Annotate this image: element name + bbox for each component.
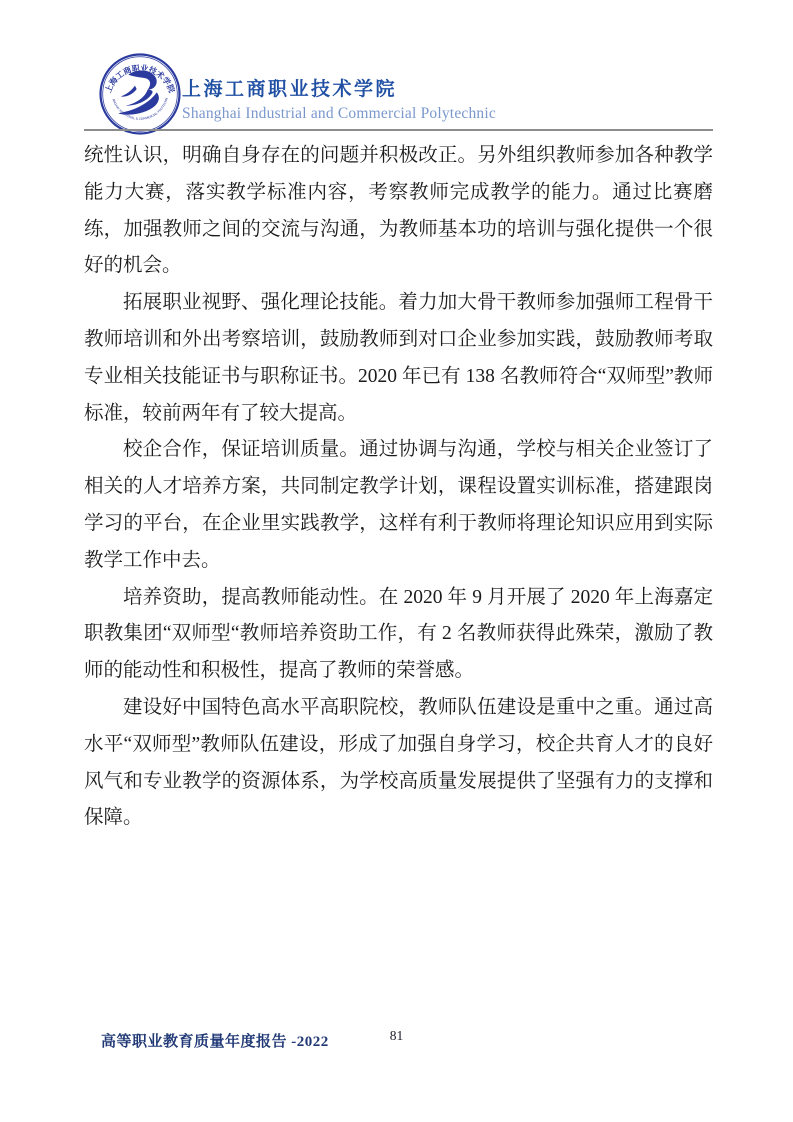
document-page: 上海工商职业技术学院 SHANGHAI INDUSTRIAL & COMMERC…	[0, 0, 793, 1122]
school-titles: 上海工商职业技术学院 Shanghai Industrial and Comme…	[182, 64, 496, 125]
paragraph-1: 统性认识，明确自身存在的问题并积极改正。另外组织教师参加各种教学能力大赛，落实教…	[84, 138, 713, 285]
page-footer: 81 高等职业教育质量年度报告 -2022	[0, 1028, 793, 1054]
school-name-en: Shanghai Industrial and Commercial Polyt…	[182, 103, 496, 125]
page-header: 上海工商职业技术学院 SHANGHAI INDUSTRIAL & COMMERC…	[98, 52, 496, 136]
document-body: 统性认识，明确自身存在的问题并积极改正。另外组织教师参加各种教学能力大赛，落实教…	[84, 138, 713, 837]
school-logo-emblem-icon: 上海工商职业技术学院 SHANGHAI INDUSTRIAL & COMMERC…	[98, 52, 182, 136]
paragraph-2: 拓展职业视野、强化理论技能。着力加大骨干教师参加强师工程骨干教师培训和外出考察培…	[84, 285, 713, 432]
header-divider	[84, 129, 713, 131]
paragraph-5: 建设好中国特色高水平高职院校，教师队伍建设是重中之重。通过高水平“双师型”教师队…	[84, 690, 713, 837]
paragraph-4: 培养资助，提高教师能动性。在 2020 年 9 月开展了 2020 年上海嘉定职…	[84, 580, 713, 690]
school-name-zh: 上海工商职业技术学院	[182, 78, 496, 102]
paragraph-3: 校企合作，保证培训质量。通过协调与沟通，学校与相关企业签订了相关的人才培养方案，…	[84, 432, 713, 579]
footer-report-title: 高等职业教育质量年度报告 -2022	[101, 1030, 329, 1051]
